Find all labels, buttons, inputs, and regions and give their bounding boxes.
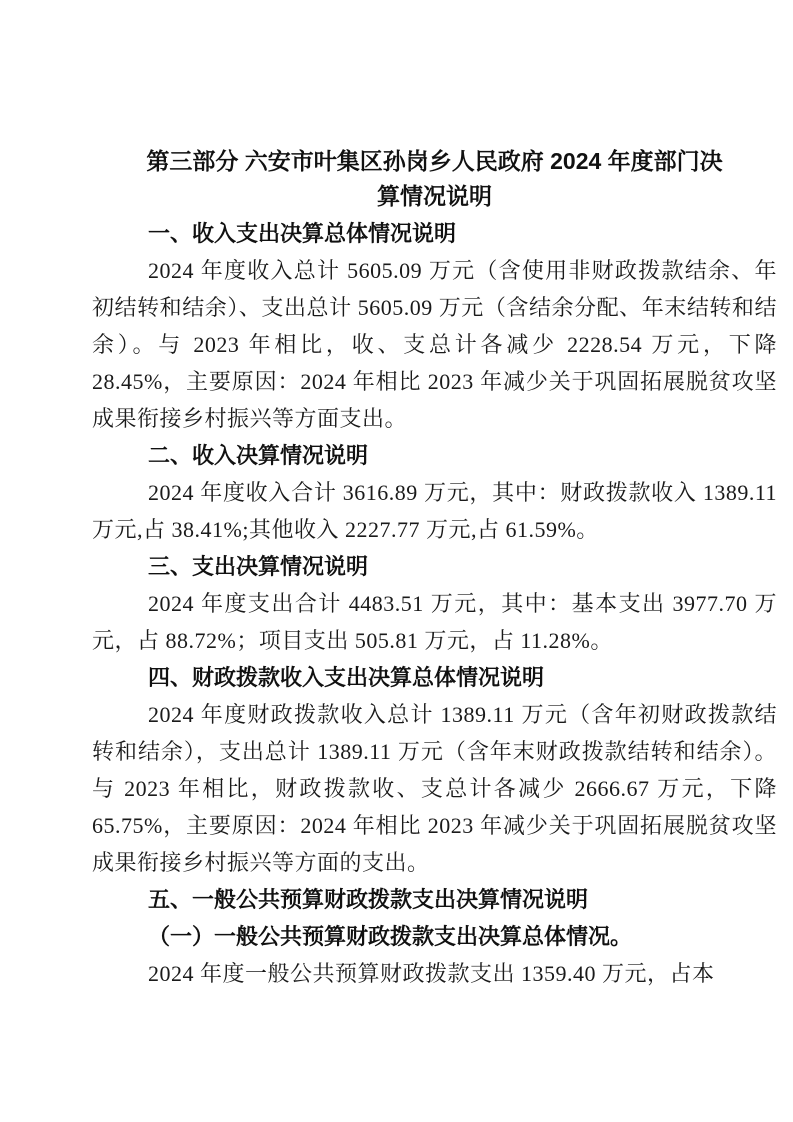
document-title-line-1: 第三部分 六安市叶集区孙岗乡人民政府 2024 年度部门决 [92, 144, 777, 179]
document-title-line-2: 算情况说明 [92, 179, 777, 214]
section-revenue-expenditure-overview: 一、收入支出决算总体情况说明 2024 年度收入总计 5605.09 万元（含使… [92, 215, 777, 437]
section-3-paragraph: 2024 年度支出合计 4483.51 万元，其中：基本支出 3977.70 万… [92, 585, 777, 659]
section-1-paragraph: 2024 年度收入总计 5605.09 万元（含使用非财政拨款结余、年初结转和结… [92, 252, 777, 437]
section-3-heading: 三、支出决算情况说明 [92, 548, 777, 585]
section-4-paragraph: 2024 年度财政拨款收入总计 1389.11 万元（含年初财政拨款结转和结余）… [92, 696, 777, 881]
section-2-paragraph: 2024 年度收入合计 3616.89 万元，其中：财政拨款收入 1389.11… [92, 474, 777, 548]
section-5-paragraph: 2024 年度一般公共预算财政拨款支出 1359.40 万元，占本 [92, 955, 777, 992]
section-fiscal-appropriation-overview: 四、财政拨款收入支出决算总体情况说明 2024 年度财政拨款收入总计 1389.… [92, 659, 777, 881]
section-1-heading: 一、收入支出决算总体情况说明 [92, 215, 777, 252]
section-5-heading: 五、一般公共预算财政拨款支出决算情况说明 [92, 881, 777, 918]
section-2-heading: 二、收入决算情况说明 [92, 437, 777, 474]
document-page: 第三部分 六安市叶集区孙岗乡人民政府 2024 年度部门决 算情况说明 一、收入… [0, 0, 793, 1122]
section-expenditure-accounts: 三、支出决算情况说明 2024 年度支出合计 4483.51 万元，其中：基本支… [92, 548, 777, 659]
section-general-public-budget-expenditure: 五、一般公共预算财政拨款支出决算情况说明 （一）一般公共预算财政拨款支出决算总体… [92, 881, 777, 992]
section-5-subheading: （一）一般公共预算财政拨款支出决算总体情况。 [92, 918, 777, 955]
document-title: 第三部分 六安市叶集区孙岗乡人民政府 2024 年度部门决 算情况说明 [92, 144, 777, 214]
section-revenue-accounts: 二、收入决算情况说明 2024 年度收入合计 3616.89 万元，其中：财政拨… [92, 437, 777, 548]
section-4-heading: 四、财政拨款收入支出决算总体情况说明 [92, 659, 777, 696]
